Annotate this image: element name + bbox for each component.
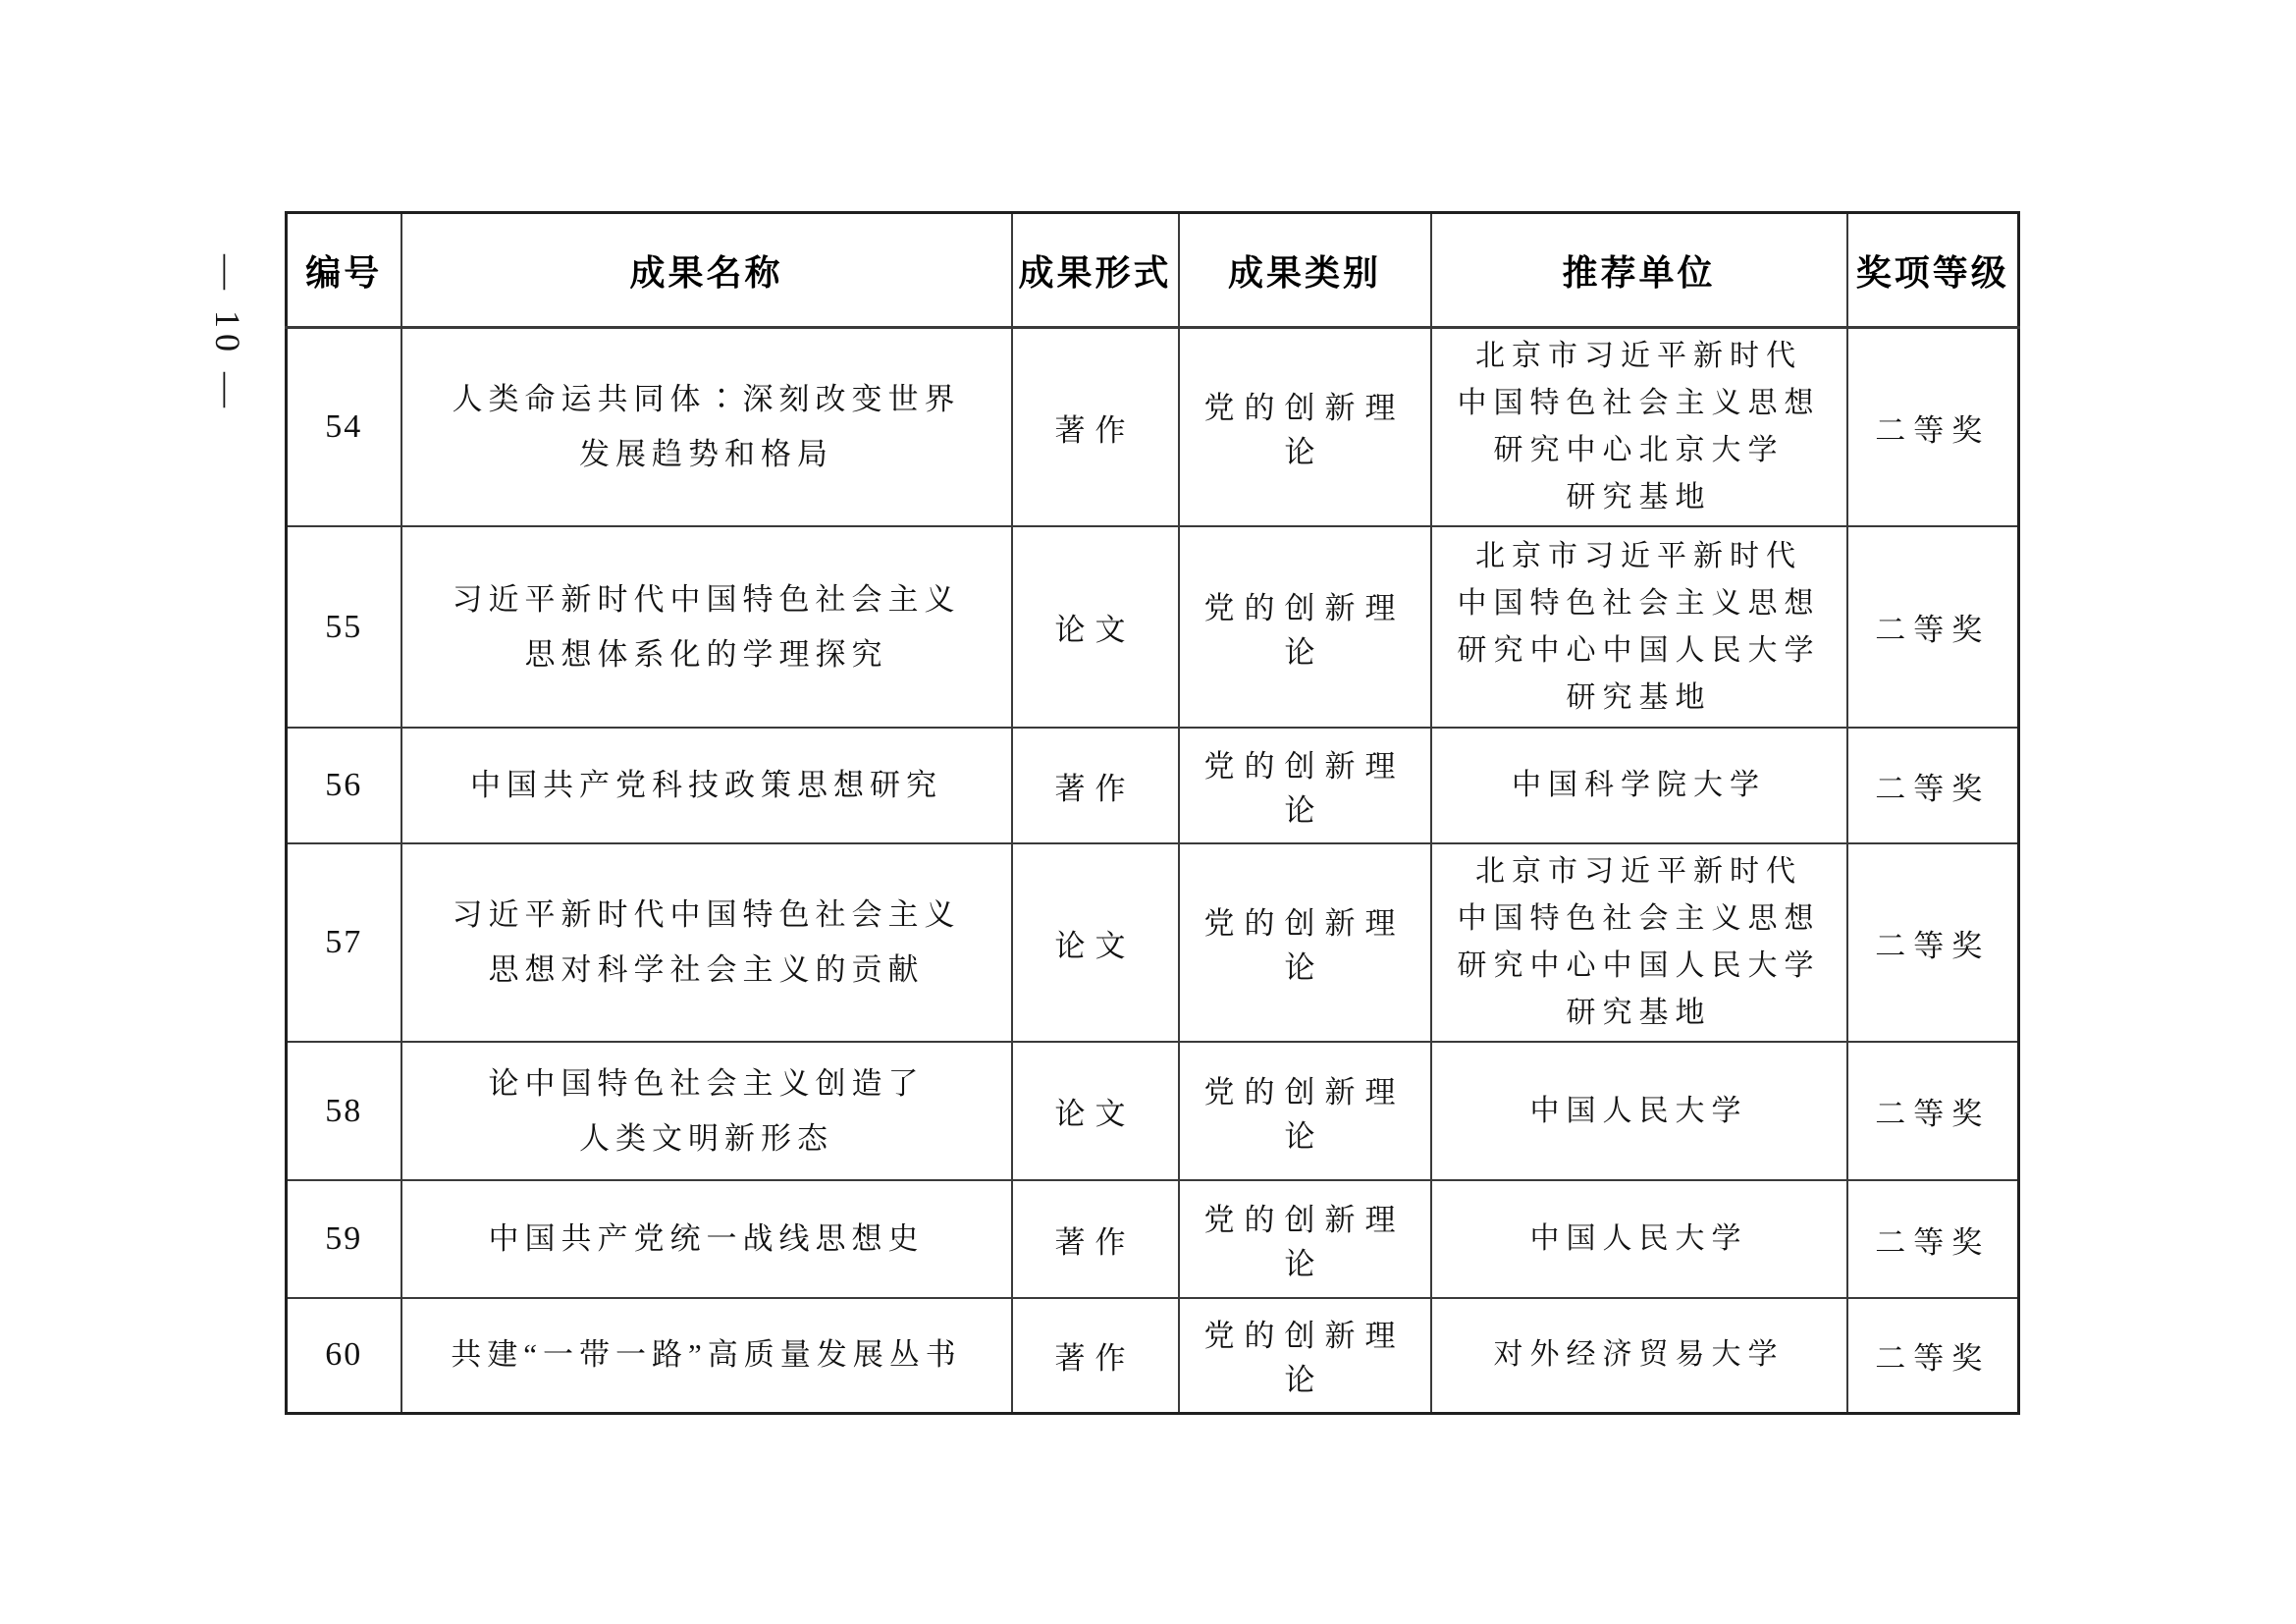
cell-number: 57 (287, 843, 401, 1042)
cell-name: 共建“一带一路”高质量发展丛书 (401, 1298, 1012, 1413)
cell-unit: 北京市习近平新时代 中国特色社会主义思想 研究中心中国人民大学 研究基地 (1431, 526, 1847, 728)
cell-name: 习近平新时代中国特色社会主义 思想体系化的学理探究 (401, 526, 1012, 728)
cell-award: 二等奖 (1847, 1298, 2019, 1413)
cell-category: 党的创新理论 (1179, 843, 1431, 1042)
cell-unit: 对外经济贸易大学 (1431, 1298, 1847, 1413)
table-row: 54 人类命运共同体∶深刻改变世界 发展趋势和格局 著作 党的创新理论 北京市习… (287, 328, 2019, 527)
cell-number: 55 (287, 526, 401, 728)
header-award: 奖项等级 (1847, 213, 2019, 328)
table-header-row: 编号 成果名称 成果形式 成果类别 推荐单位 奖项等级 (287, 213, 2019, 328)
table-row: 59 中国共产党统一战线思想史 著作 党的创新理论 中国人民大学 二等奖 (287, 1180, 2019, 1298)
awards-table: 编号 成果名称 成果形式 成果类别 推荐单位 奖项等级 54 人类命运共同体∶深… (285, 211, 2020, 1415)
cell-form: 论文 (1012, 1042, 1179, 1180)
table-row: 57 习近平新时代中国特色社会主义 思想对科学社会主义的贡献 论文 党的创新理论… (287, 843, 2019, 1042)
header-name: 成果名称 (401, 213, 1012, 328)
cell-form: 论文 (1012, 843, 1179, 1042)
cell-unit: 北京市习近平新时代 中国特色社会主义思想 研究中心中国人民大学 研究基地 (1431, 843, 1847, 1042)
cell-award: 二等奖 (1847, 728, 2019, 843)
header-category: 成果类别 (1179, 213, 1431, 328)
cell-award: 二等奖 (1847, 1180, 2019, 1298)
cell-form: 著作 (1012, 1180, 1179, 1298)
cell-number: 54 (287, 328, 401, 527)
cell-form: 著作 (1012, 328, 1179, 527)
header-unit: 推荐单位 (1431, 213, 1847, 328)
cell-name: 人类命运共同体∶深刻改变世界 发展趋势和格局 (401, 328, 1012, 527)
cell-unit: 中国人民大学 (1431, 1180, 1847, 1298)
cell-category: 党的创新理论 (1179, 1180, 1431, 1298)
cell-form: 论文 (1012, 526, 1179, 728)
cell-award: 二等奖 (1847, 328, 2019, 527)
cell-name: 中国共产党统一战线思想史 (401, 1180, 1012, 1298)
header-form: 成果形式 (1012, 213, 1179, 328)
cell-form: 著作 (1012, 728, 1179, 843)
cell-award: 二等奖 (1847, 843, 2019, 1042)
cell-unit: 中国人民大学 (1431, 1042, 1847, 1180)
table-row: 56 中国共产党科技政策思想研究 著作 党的创新理论 中国科学院大学 二等奖 (287, 728, 2019, 843)
header-number: 编号 (287, 213, 401, 328)
cell-category: 党的创新理论 (1179, 1042, 1431, 1180)
page-number: — 10 — (207, 254, 248, 413)
table-row: 60 共建“一带一路”高质量发展丛书 著作 党的创新理论 对外经济贸易大学 二等… (287, 1298, 2019, 1413)
cell-number: 56 (287, 728, 401, 843)
cell-form: 著作 (1012, 1298, 1179, 1413)
cell-award: 二等奖 (1847, 526, 2019, 728)
cell-name: 习近平新时代中国特色社会主义 思想对科学社会主义的贡献 (401, 843, 1012, 1042)
table-row: 58 论中国特色社会主义创造了 人类文明新形态 论文 党的创新理论 中国人民大学… (287, 1042, 2019, 1180)
cell-number: 59 (287, 1180, 401, 1298)
cell-name: 中国共产党科技政策思想研究 (401, 728, 1012, 843)
cell-number: 60 (287, 1298, 401, 1413)
cell-category: 党的创新理论 (1179, 1298, 1431, 1413)
cell-unit: 北京市习近平新时代 中国特色社会主义思想 研究中心北京大学 研究基地 (1431, 328, 1847, 527)
cell-number: 58 (287, 1042, 401, 1180)
cell-award: 二等奖 (1847, 1042, 2019, 1180)
cell-unit: 中国科学院大学 (1431, 728, 1847, 843)
cell-category: 党的创新理论 (1179, 328, 1431, 527)
cell-category: 党的创新理论 (1179, 728, 1431, 843)
table-row: 55 习近平新时代中国特色社会主义 思想体系化的学理探究 论文 党的创新理论 北… (287, 526, 2019, 728)
cell-name: 论中国特色社会主义创造了 人类文明新形态 (401, 1042, 1012, 1180)
cell-category: 党的创新理论 (1179, 526, 1431, 728)
